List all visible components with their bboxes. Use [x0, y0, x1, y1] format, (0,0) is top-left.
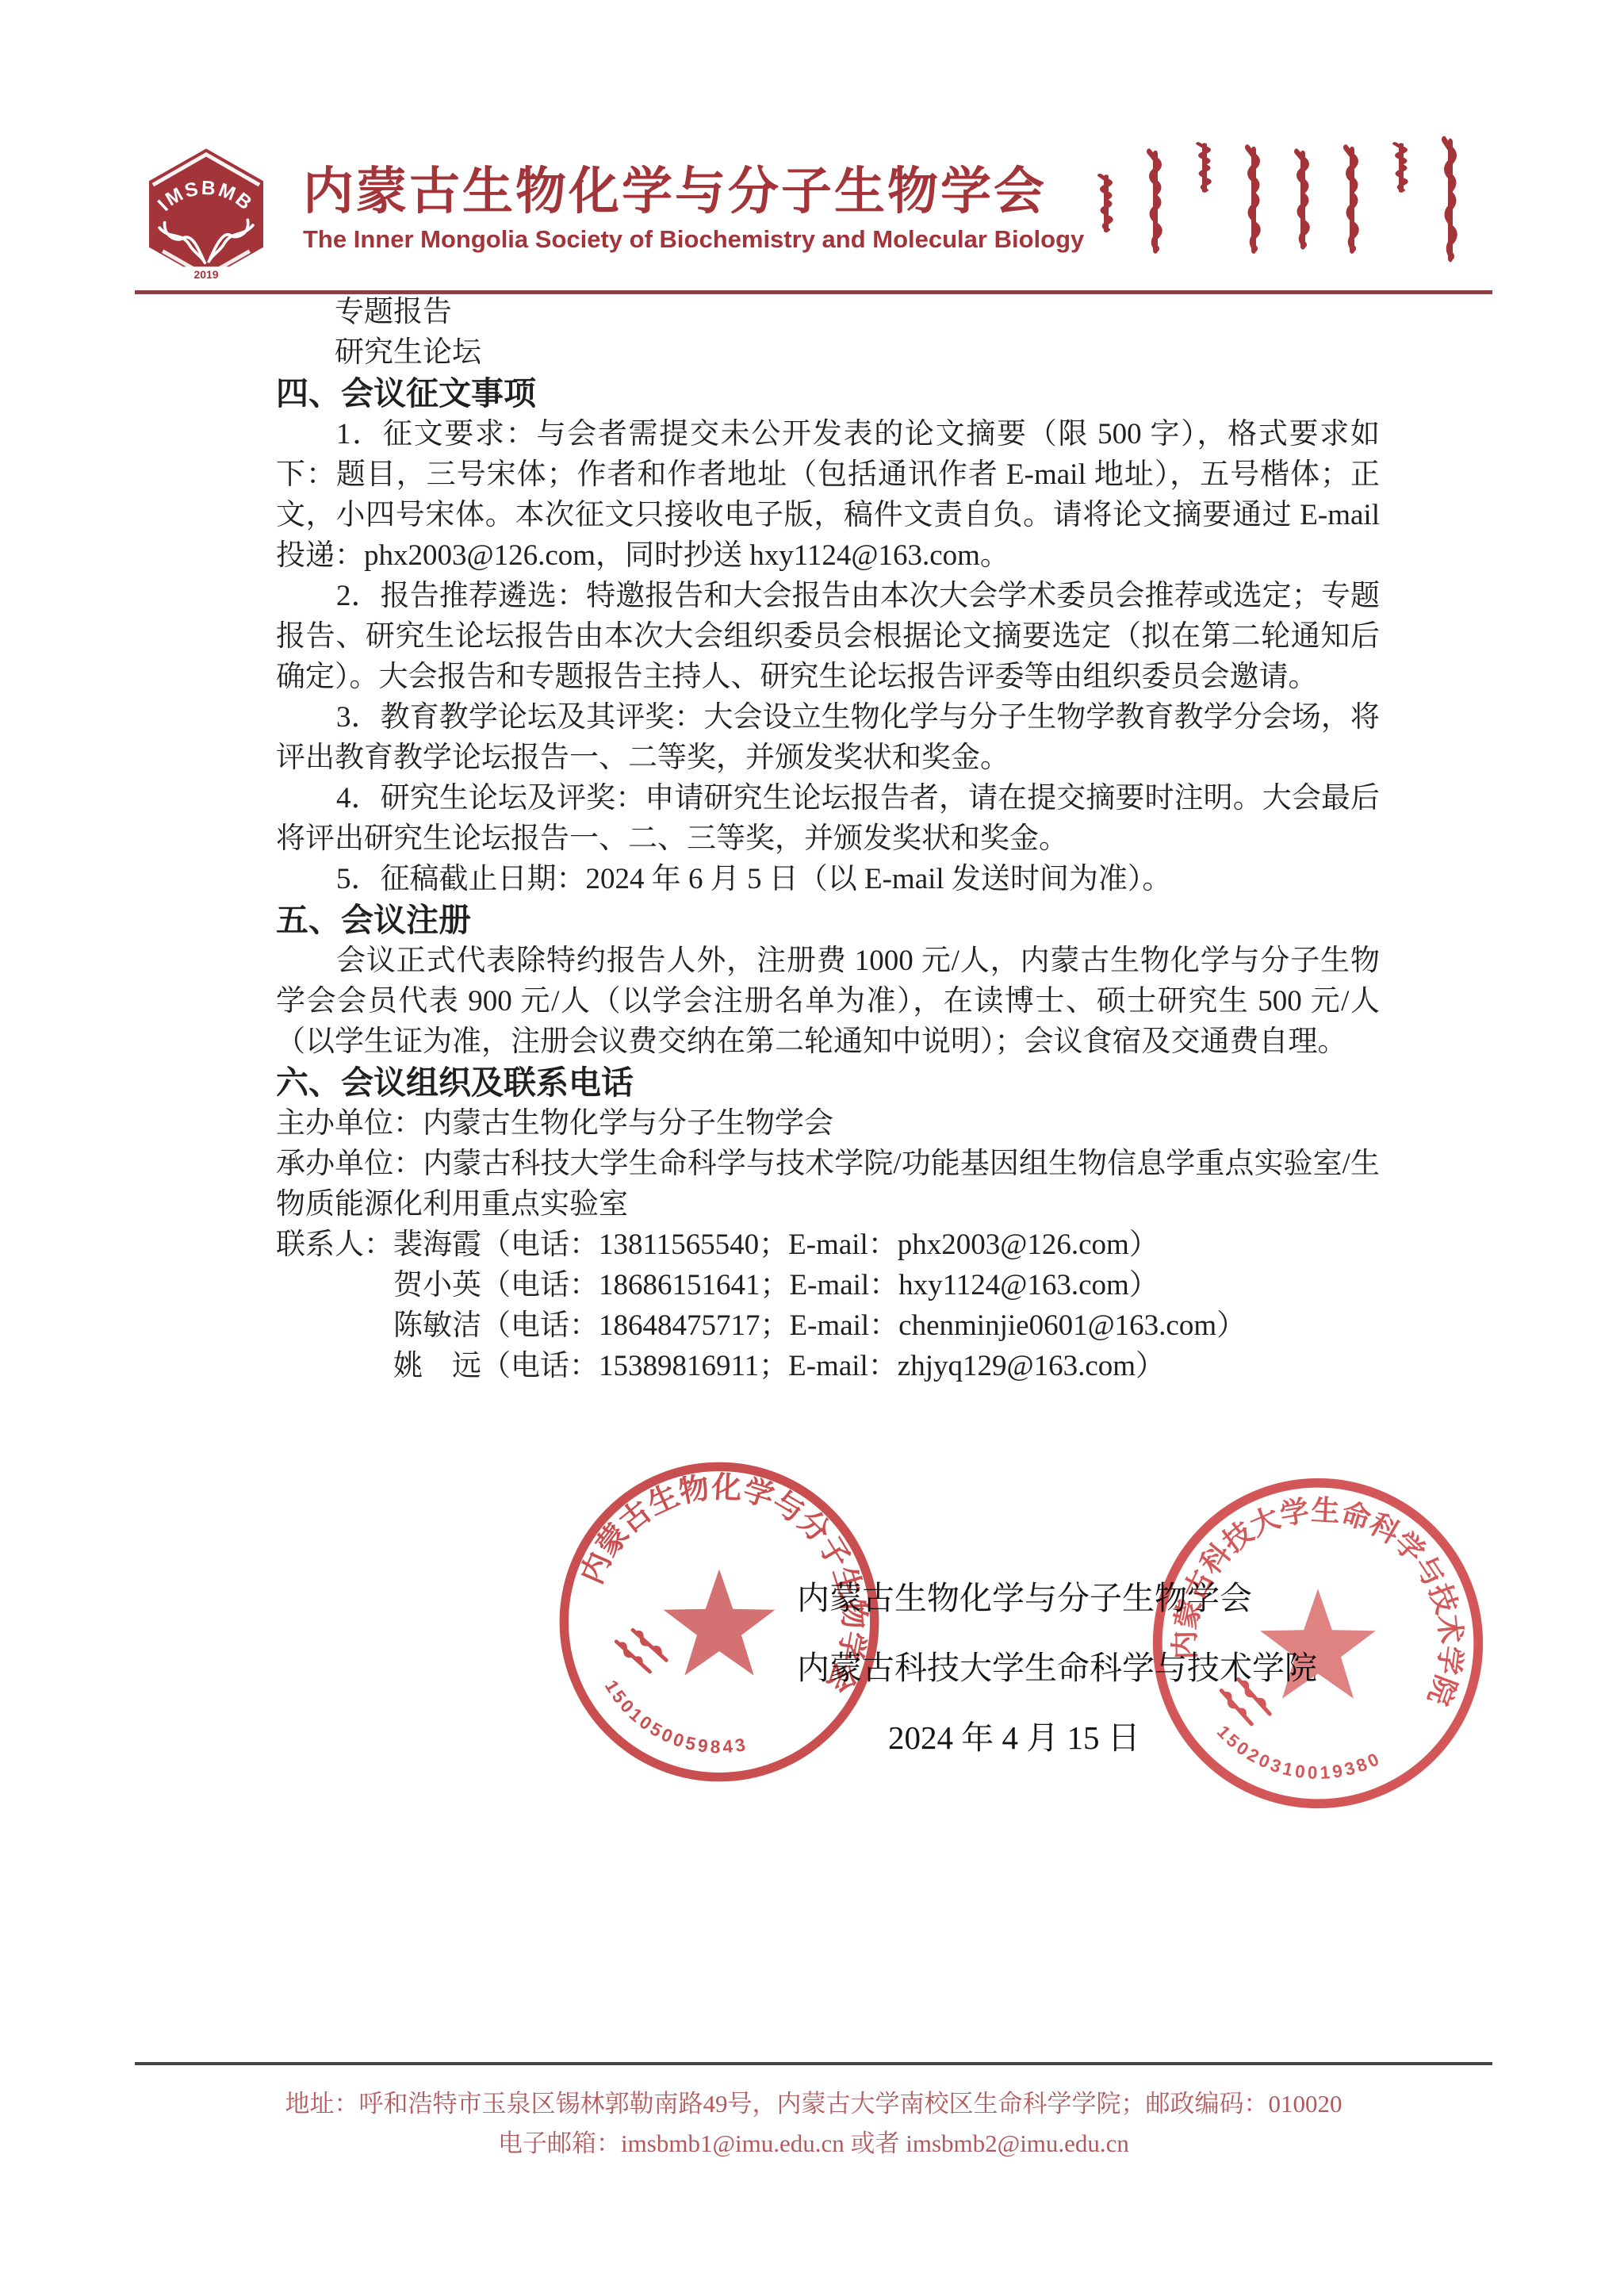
para-registration-fees: 会议正式代表除特约报告人外，注册费 1000 元/人，内蒙古生物化学与分子生物学… — [276, 941, 1380, 1062]
contact-row: 联系人：裴海霞（电话：13811565540；E-mail：phx2003@12… — [276, 1225, 1380, 1265]
svg-text:内蒙古生物化学与分子生物学会: 内蒙古生物化学与分子生物学会 — [575, 1456, 885, 1698]
contact-entry-2: 贺小英（电话：18686151641；E-mail：hxy1124@163.co… — [276, 1265, 1380, 1305]
society-logo-icon: IMSBMB 2019 — [135, 146, 278, 282]
contact-label: 联系人： — [276, 1228, 393, 1261]
program-item-graduate-forum: 研究生论坛 — [276, 332, 1380, 373]
letter-footer: 地址：呼和浩特市玉泉区锡林郭勒南路49号，内蒙古大学南校区生命科学学院；邮政编码… — [135, 2062, 1492, 2164]
para-education-forum-awards: 3．教育教学论坛及其评奖：大会设立生物化学与分子生物学教育教学分会场，将评出教育… — [276, 697, 1380, 778]
contact-entry-3: 陈敏洁（电话：18648475717；E-mail：chenminjie0601… — [276, 1305, 1380, 1346]
logo-year: 2019 — [194, 268, 219, 281]
seal-serial-number: 1501050059843 — [590, 1672, 757, 1779]
star-icon — [664, 1570, 776, 1676]
society-name-en: The Inner Mongolia Society of Biochemist… — [303, 225, 1084, 254]
host-organization-line: 主办单位：内蒙古生物化学与分子生物学会 — [276, 1103, 1380, 1144]
section-heading-call-for-papers: 四、会议征文事项 — [276, 373, 1380, 414]
section-heading-registration: 五、会议注册 — [276, 899, 1380, 941]
para-submission-requirements: 1．征文要求：与会者需提交未公开发表的论文摘要（限 500 字），格式要求如下：… — [276, 414, 1380, 576]
para-submission-deadline: 5．征稿截止日期：2024 年 6 月 5 日（以 E-mail 发送时间为准）… — [276, 859, 1380, 899]
contact-entry-4: 姚 远（电话：15389816911；E-mail：zhjyq129@163.c… — [276, 1346, 1380, 1386]
svg-text:1501050059843: 1501050059843 — [590, 1672, 757, 1779]
society-name-cn: 内蒙古生物化学与分子生物学会 — [303, 163, 1084, 219]
footer-email-line: 电子邮箱：imsbmb1@imu.edu.cn 或者 imsbmb2@imu.e… — [135, 2124, 1492, 2164]
official-seal-college: 内蒙古科技大学生命科学与技术学院 15020310019380 — [1147, 1472, 1489, 1815]
signature-date: 2024 年 4 月 15 日 — [888, 1718, 1140, 1758]
seal-ring-text: 内蒙古生物化学与分子生物学会 — [575, 1456, 885, 1698]
signature-block: 内蒙古生物化学与分子生物学会 内蒙古科技大学生命科学与技术学院 2024 年 4… — [276, 1386, 1380, 1819]
seal-mongolian-marks — [1219, 1674, 1272, 1730]
official-seal-society: 内蒙古生物化学与分子生物学会 1501050059843 — [553, 1456, 885, 1788]
letterhead: IMSBMB 2019 内蒙古生物化学与分子生物学会 The Inner Mon… — [135, 141, 1492, 294]
document-page: IMSBMB 2019 内蒙古生物化学与分子生物学会 The Inner Mon… — [0, 0, 1624, 2296]
para-report-selection: 2．报告推荐遴选：特邀报告和大会报告由本次大会学术委员会推荐或选定；专题报告、研… — [276, 576, 1380, 697]
section-heading-organization-contacts: 六、会议组织及联系电话 — [276, 1062, 1380, 1103]
letter-body: 专题报告 研究生论坛 四、会议征文事项 1．征文要求：与会者需提交未公开发表的论… — [276, 292, 1380, 1819]
program-item-topic-report: 专题报告 — [276, 292, 1380, 332]
seal-mongolian-marks — [615, 1624, 669, 1677]
contact-list: 联系人：裴海霞（电话：13811565540；E-mail：phx2003@12… — [276, 1225, 1380, 1386]
footer-address-line: 地址：呼和浩特市玉泉区锡林郭勒南路49号，内蒙古大学南校区生命科学学院；邮政编码… — [135, 2084, 1492, 2124]
star-icon — [1260, 1589, 1376, 1699]
letterhead-titles: 内蒙古生物化学与分子生物学会 The Inner Mongolia Societ… — [303, 163, 1084, 254]
contact-entry-1: 裴海霞（电话：13811565540；E-mail：phx2003@126.co… — [393, 1228, 1159, 1261]
mongolian-script-icon — [1089, 132, 1485, 266]
para-graduate-forum-awards: 4．研究生论坛及评奖：申请研究生论坛报告者，请在提交摘要时注明。大会最后将评出研… — [276, 778, 1380, 859]
organizer-line: 承办单位：内蒙古科技大学生命科学与技术学院/功能基因组生物信息学重点实验室/生物… — [276, 1144, 1380, 1225]
